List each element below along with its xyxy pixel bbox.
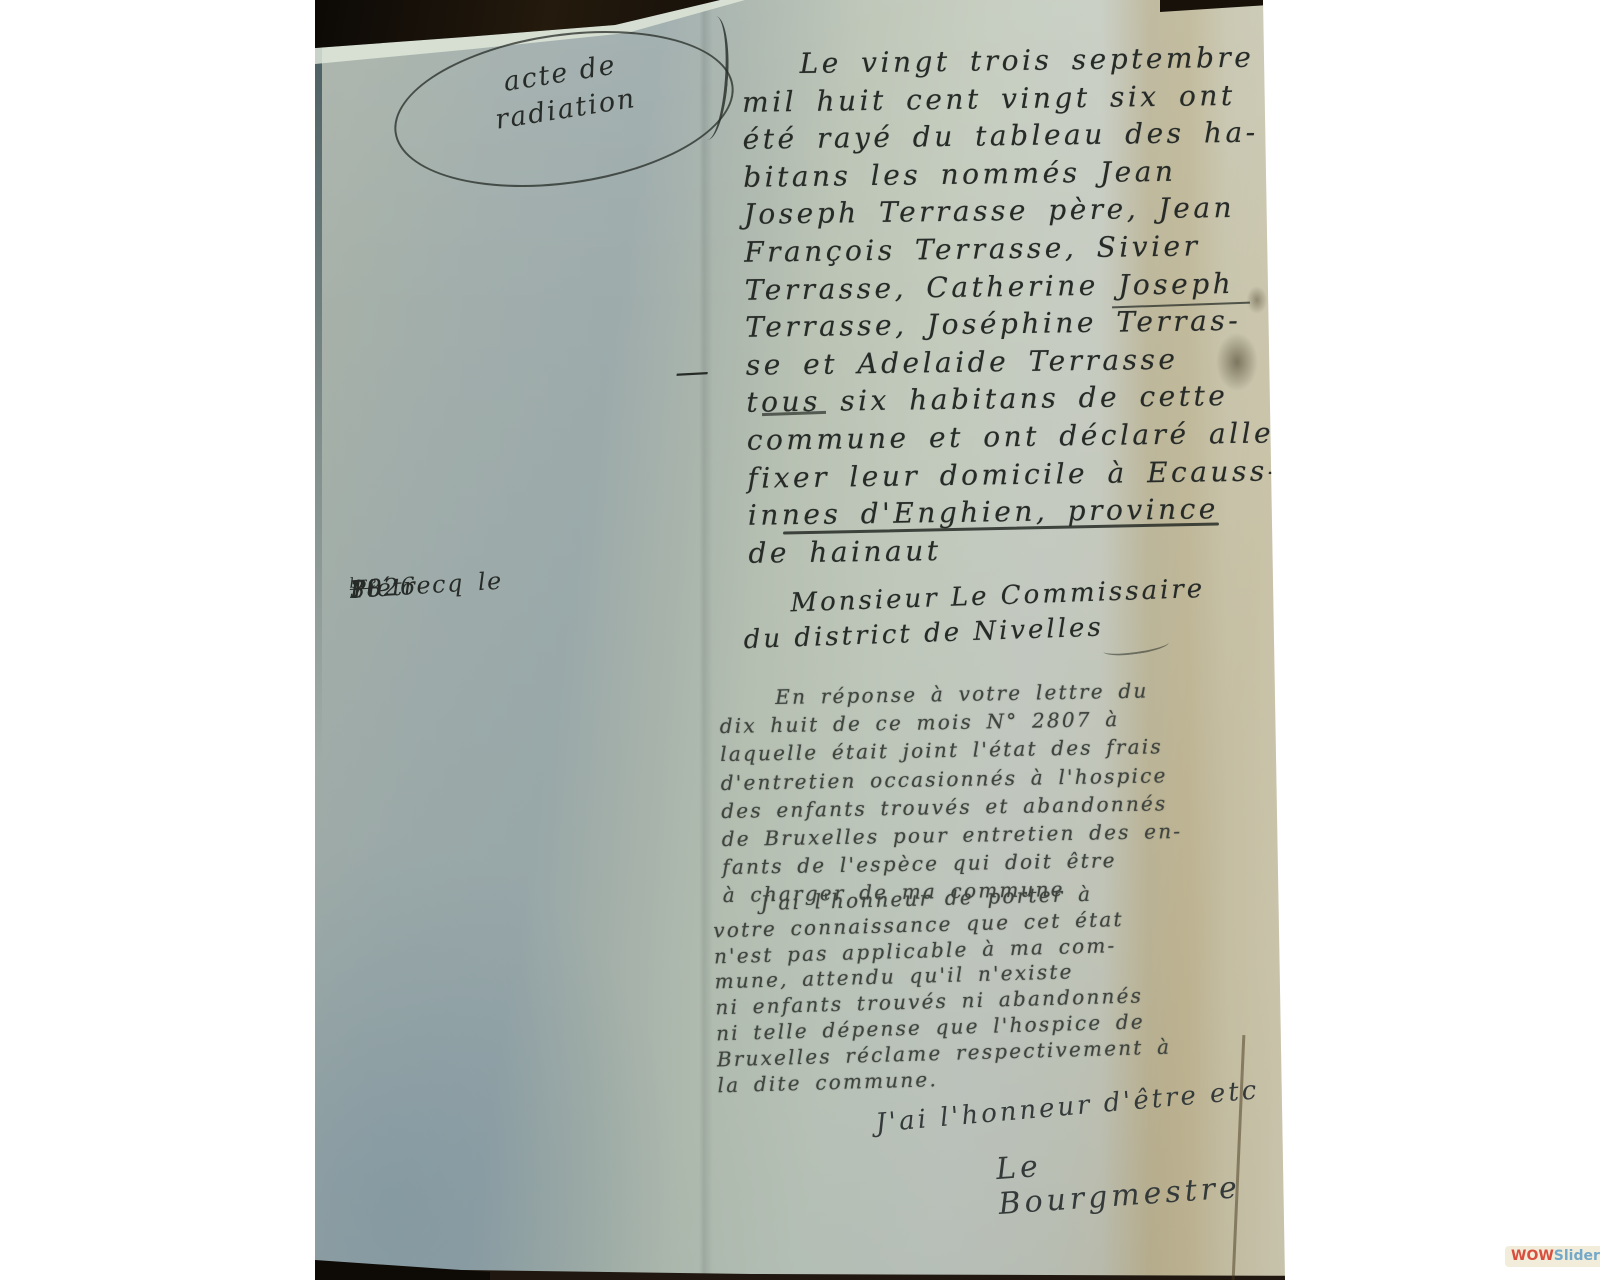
wowslider-watermark-link[interactable]: WOWSlider bbox=[1505, 1246, 1600, 1267]
wowslider-brand-wow: WOW bbox=[1511, 1248, 1554, 1264]
margin-dash-mark: — bbox=[674, 351, 710, 393]
wowslider-brand-slider: Slider bbox=[1554, 1248, 1600, 1264]
reply-paragraph: En réponse à votre lettre du dix huit de… bbox=[719, 676, 1183, 910]
signature-title-bourgmestre: Le Bourgmestre bbox=[995, 1132, 1287, 1222]
photo-left-edge-shadow bbox=[315, 0, 322, 760]
date-year: 1826 bbox=[349, 572, 418, 604]
page-background: acte de radiation Piétrecq le 30 7bre 18… bbox=[0, 0, 1600, 1280]
dark-background-bottom-left bbox=[315, 1260, 490, 1280]
notice-paragraph: J'ai l'honneur de porter à votre connais… bbox=[712, 880, 1172, 1099]
main-act-text: Le vingt trois septembre mil huit cent v… bbox=[741, 38, 1292, 572]
dark-background-top-right bbox=[1160, 0, 1263, 12]
document-photo: acte de radiation Piétrecq le 30 7bre 18… bbox=[315, 0, 1285, 1280]
closing-parenthesis-flourish bbox=[691, 15, 733, 141]
